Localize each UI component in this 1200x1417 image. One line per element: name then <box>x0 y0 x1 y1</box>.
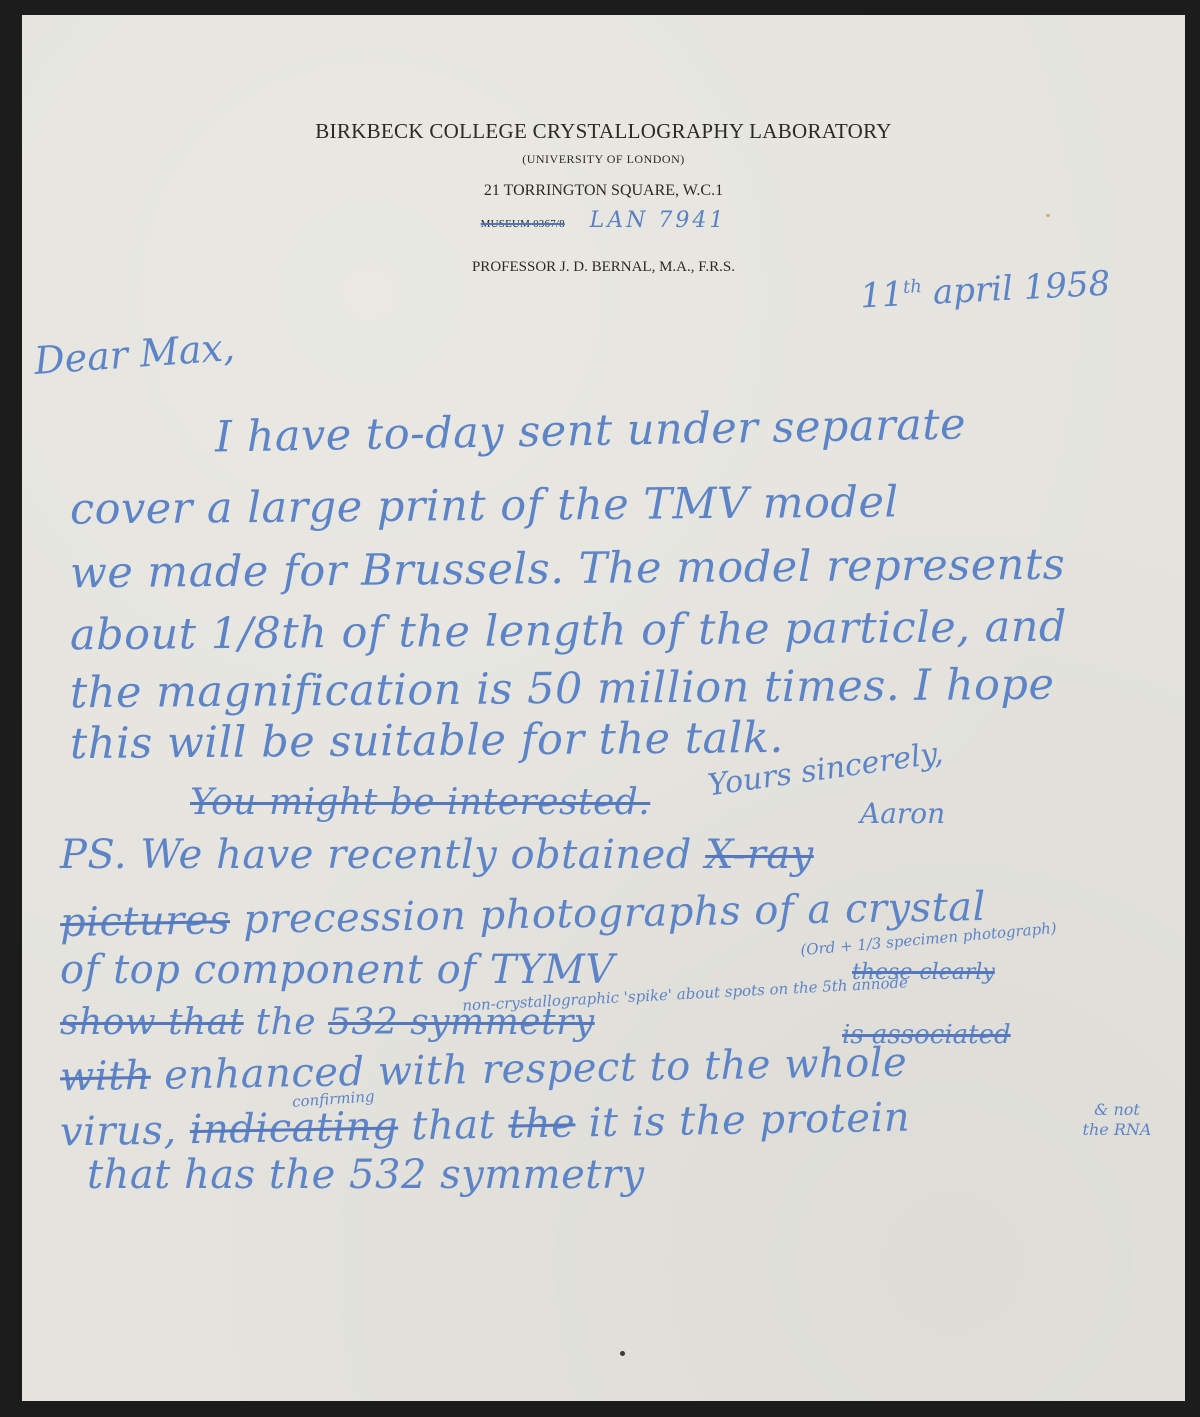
ps-line-6: virus, indicating that the it is the pro… <box>60 1098 911 1153</box>
printed-phone-struck: MUSEUM 0367/8 <box>481 218 565 230</box>
body-line: cover a large print of the TMV model <box>70 481 899 531</box>
ps-text: that has the 532 symmetry <box>87 1152 645 1198</box>
body-line: I have to-day sent under separate <box>215 403 967 459</box>
ps-text: it is the protein <box>588 1095 910 1147</box>
letterhead-address: 21 TORRINGTON SQUARE, W.C.1 <box>22 182 1185 200</box>
paper-stain <box>1046 214 1050 217</box>
ps-struck: with <box>60 1053 152 1101</box>
ps-struck: X-ray <box>705 832 814 878</box>
ps-struck: the <box>508 1100 576 1147</box>
ps-text: of top component of TYMV <box>60 947 615 993</box>
ps-line-1: PS. We have recently obtained X-ray <box>60 835 814 875</box>
struck-line: You might be interested. <box>190 785 650 821</box>
body-line: this will be suitable for the talk. <box>70 717 784 766</box>
ps-text: that <box>411 1102 496 1149</box>
date-day: 11 <box>859 274 904 316</box>
ps-struck: indicating <box>189 1104 398 1154</box>
paper-mark <box>620 1351 625 1356</box>
ps-line-3: of top component of TYMV <box>60 950 615 990</box>
letterhead-phone-row: MUSEUM 0367/8 LAN 7941 <box>22 208 1185 233</box>
body-line: about 1/8th of the length of the particl… <box>70 606 1067 658</box>
ps-text: the <box>256 1002 316 1043</box>
ps-margin-insert: & not the RNA <box>1082 1100 1152 1140</box>
letterhead-university: (UNIVERSITY OF LONDON) <box>22 152 1185 167</box>
body-line: we made for Brussels. The model represen… <box>70 544 1066 596</box>
handwritten-phone: LAN 7941 <box>590 208 727 233</box>
ps-text: virus, <box>60 1107 177 1155</box>
salutation: Dear Max, <box>33 328 236 380</box>
ps-line-7: that has the 532 symmetry <box>87 1155 645 1195</box>
date-suffix: th <box>902 276 922 298</box>
ps-text: enhanced with respect to the whole <box>164 1040 908 1099</box>
ps-struck: pictures <box>60 897 231 946</box>
ps-line-2: pictures precession photographs of a cry… <box>60 887 986 943</box>
ps-label: PS. <box>60 832 127 878</box>
ps-struck: show that <box>60 1002 244 1043</box>
letter-page: BIRKBECK COLLEGE CRYSTALLOGRAPHY LABORAT… <box>22 15 1185 1401</box>
letterhead-institution: BIRKBECK COLLEGE CRYSTALLOGRAPHY LABORAT… <box>22 119 1185 144</box>
body-line: the magnification is 50 million times. I… <box>70 664 1055 716</box>
date-rest: april 1958 <box>932 263 1111 312</box>
signature: Aaron <box>860 800 945 828</box>
ps-line-5: with enhanced with respect to the whole <box>60 1043 908 1098</box>
ps-text: We have recently obtained <box>140 832 692 878</box>
